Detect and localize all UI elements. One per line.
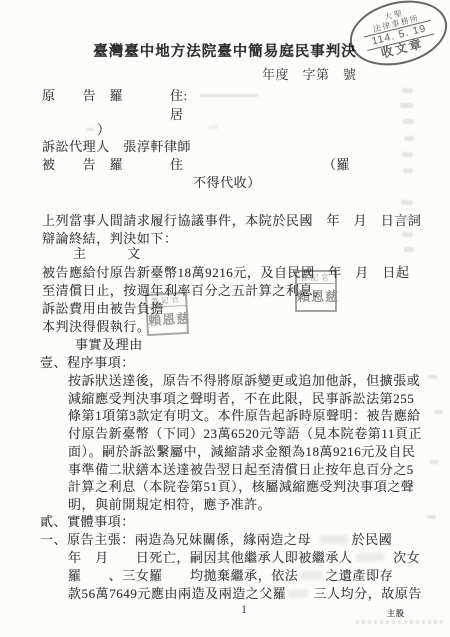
plaintiff-addr-label: 住: [170,88,188,103]
defendant-paren: （羅 [323,157,350,172]
body-line: 面）。嗣於訴訟繫屬中，減縮請求金額為18萬9216元及自民 [68,444,415,459]
clerk-stamp-title: 書記官 [297,272,335,284]
body-line: 上列當事人間請求履行協議事件，本院於民國 年 月 日言詞 [42,213,421,228]
body-line: 本判決得假執行。 [42,319,150,334]
body-line: 款56萬7649元應由兩造及兩造之父羅 三人均分，故原告 [68,586,422,601]
scan-artifact [403,168,413,173]
body-line: 明，與前開規定相符，應予准許。 [68,497,271,512]
body-line: 羅 、三女羅 均拋棄繼承，依法 之遺產即存 [68,568,393,583]
scan-artifact [400,103,413,108]
body-line: 計算之利息（本院卷第51頁），核屬減縮應受判決事項之聲 [68,479,414,494]
clerk-stamp: 書記官 賴恩慈 [145,292,189,336]
redaction-smudge [320,535,348,544]
redaction-smudge [300,571,322,580]
division-label: 主股 [387,608,405,619]
scan-artifact [403,119,414,124]
scan-artifact [404,136,414,141]
body-line: 被告應給付原告新臺幣18萬9216元，及自民國 年 月 日起 [42,265,410,280]
scan-artifact [404,247,414,252]
section-item: 貳、實體事項： [40,514,135,529]
receipt-stamp: 大聖 法律事務所 114. 5. 19 收文章 [343,0,450,75]
scan-artifact [402,152,413,157]
case-number-line: 年度 字第 號 [262,64,357,83]
scan-artifact [434,410,443,414]
paren-close: ） [97,122,111,137]
page-number: 1 [241,602,247,617]
body-line: 辯論終結，判決如下： [42,231,178,246]
agent-line: 訴訟代理人 張淳軒律師 [42,139,191,154]
body-line: 條第1項第3款定有明文。本件原告起訴時原聲明：被告應給 [68,408,421,423]
redaction-smudge [208,125,218,129]
footer-faint-code [356,620,444,624]
section-heading-main-text: 主 文 [73,246,141,261]
clerk-stamp-name: 賴恩慈 [148,306,187,333]
redaction-smudge [356,553,384,562]
residence-label: 居 [170,107,184,122]
plaintiff-line: 原 告 羅 [42,88,123,103]
scan-artifact [428,375,437,379]
section-item: 壹、程序事項： [40,355,135,370]
document-title: 臺灣臺中地方法院臺中簡易庭民事判決 [93,40,357,61]
scan-artifact [402,88,413,93]
section-heading-facts: 事實及理由 [75,337,143,352]
defendant-note: 不得代收） [193,175,261,190]
scan-artifact [403,216,413,221]
scan-artifact [430,460,439,464]
scan-artifact [200,94,258,97]
court-judgment-scan: 大聖 法律事務所 114. 5. 19 收文章 臺灣臺中地方法院臺中簡易庭民事判… [0,0,450,637]
scan-artifact [401,200,413,205]
defendant-line: 被 告 羅 [42,157,123,172]
redaction-smudge [288,589,308,598]
body-line: 按訴狀送達後，原告不得將原訴變更或追加他訴，但擴張或 [68,373,420,388]
scan-artifact [86,128,94,131]
clerk-stamp: 書記官 賴恩慈 [295,270,337,312]
scan-artifact [402,232,413,237]
body-line: 事準備二狀繕本送達被告翌日起至清償日止按年息百分之5 [68,462,414,477]
clerk-stamp-name: 賴恩慈 [297,284,335,309]
scan-artifact [427,515,436,519]
body-line: 付原告新臺幣（下同）23萬6520元等語（見本院卷第11頁正 [68,426,422,441]
defendant-addr-label: 住 [170,157,184,172]
body-line: 減縮應受判決事項之聲明者，不在此限，民事訴訟法第255 [68,391,414,406]
